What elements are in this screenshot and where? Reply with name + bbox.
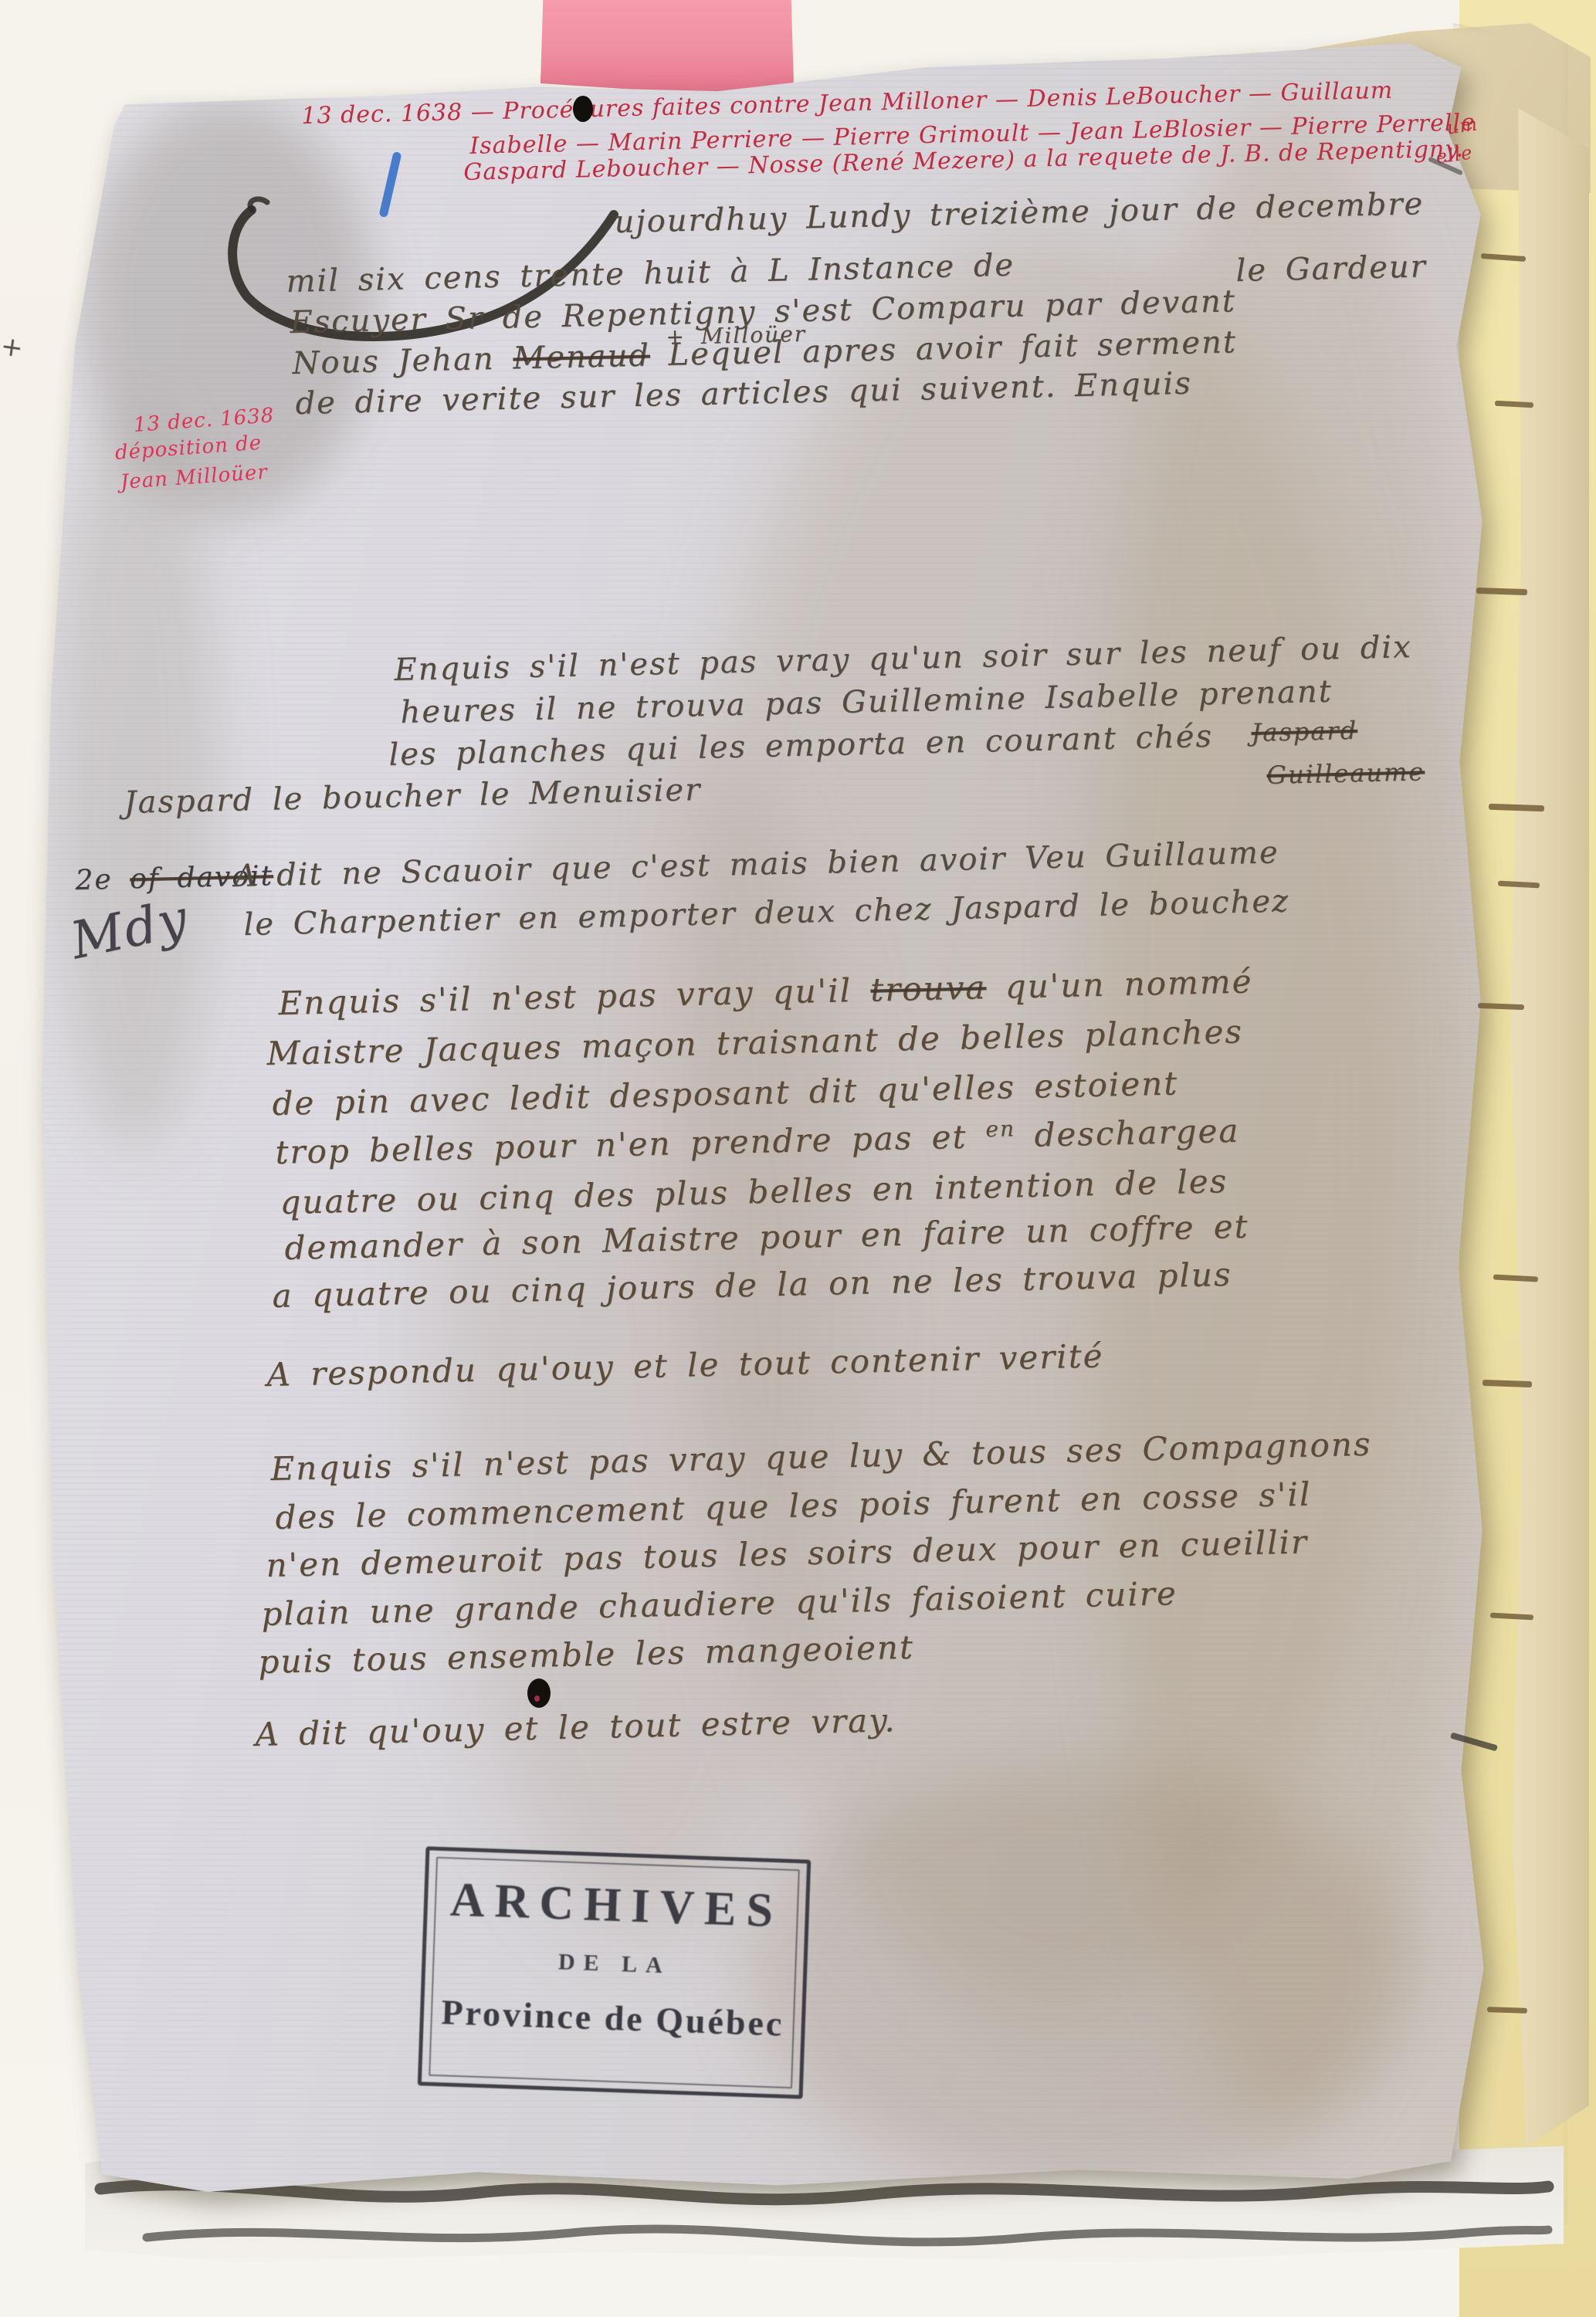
archives-stamp: ARCHIVES DE LA Province de Québec xyxy=(418,1846,812,2099)
punch-hole-glint xyxy=(534,1695,540,1702)
red-header-fragment-1: um xyxy=(1445,113,1479,138)
line-part: qu'un nommé xyxy=(1005,962,1253,1005)
archival-photo: 13 dec. 1638 — Procédures faites contre … xyxy=(0,0,1596,2317)
line-part: 2e xyxy=(75,864,113,896)
line-part: deschargea xyxy=(1034,1112,1240,1154)
struck-word: trouva xyxy=(870,968,987,1008)
interline-correction: + Milloüer xyxy=(666,321,806,350)
manuscript-line: le Gardeur xyxy=(1235,249,1427,289)
punch-hole-middle xyxy=(527,1678,551,1708)
struck-word: Menaud xyxy=(513,337,651,376)
struck-word: Guilleaume xyxy=(1266,757,1425,790)
superscript-word: en xyxy=(985,1116,1015,1142)
punch-hole-top xyxy=(573,96,593,122)
line-part: Nous Jehan xyxy=(292,341,495,381)
struck-word: Jaspard xyxy=(1251,716,1357,747)
pencil-plus-mark: + xyxy=(0,330,26,364)
